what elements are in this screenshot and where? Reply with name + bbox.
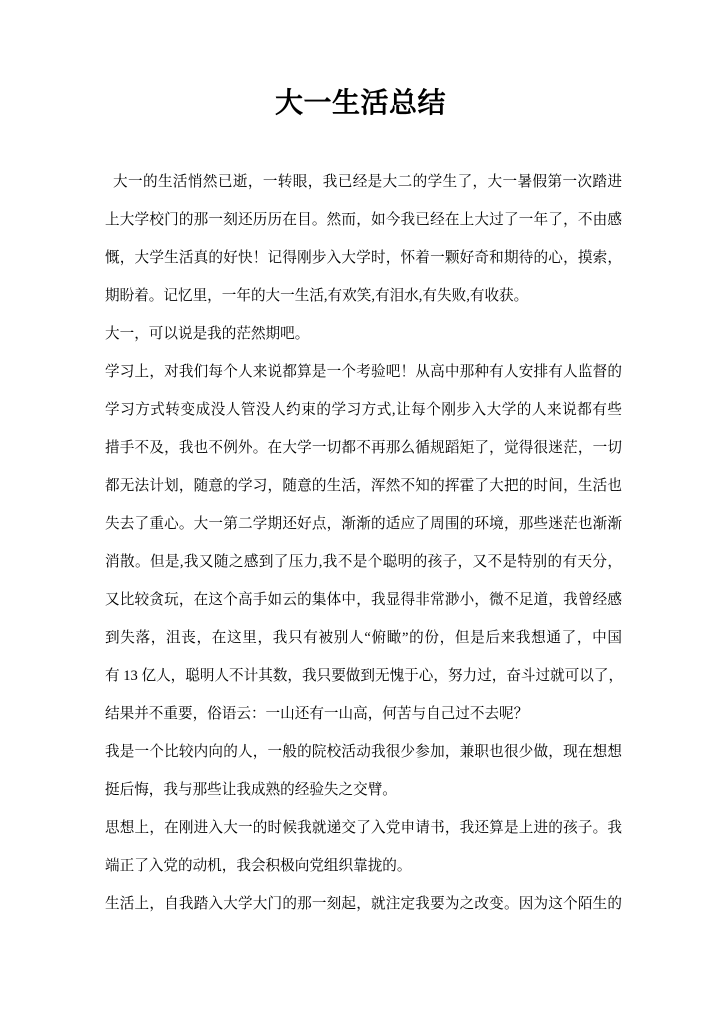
text-line: 结果并不重要，俗语云：一山还有一山高，何苦与自己过不去呢？ bbox=[105, 695, 622, 733]
text-line: 期盼着。记忆里，一年的大一生活,有欢笑,有泪水,有失败,有收获。 bbox=[105, 277, 622, 315]
text-line: 大一，可以说是我的茫然期吧。 bbox=[105, 315, 622, 353]
document-page: 大一生活总结 大一的生活悄然已逝，一转眼，我已经是大二的学生了，大一暑假第一次踏… bbox=[0, 0, 721, 1020]
text-line: 有 13 亿人，聪明人不计其数，我只要做到无愧于心，努力过，奋斗过就可以了， bbox=[105, 657, 622, 695]
text-line: 挺后悔，我与那些让我成熟的经验失之交臂。 bbox=[105, 771, 622, 809]
text-line: 都无法计划，随意的学习，随意的生活，浑然不知的挥霍了大把的时间，生活也 bbox=[105, 467, 622, 505]
text-line: 上大学校门的那一刻还历历在目。然而，如今我已经在上大过了一年了，不由感 bbox=[105, 201, 622, 239]
text-line: 到失落，沮丧，在这里，我只有被别人“俯瞰”的份，但是后来我想通了，中国 bbox=[105, 619, 622, 657]
text-line: 大一的生活悄然已逝，一转眼，我已经是大二的学生了，大一暑假第一次踏进 bbox=[105, 163, 622, 201]
text-line: 消散。但是,我又随之感到了压力,我不是个聪明的孩子，又不是特别的有天分， bbox=[105, 543, 622, 581]
text-line: 生活上，自我踏入大学大门的那一刻起，就注定我要为之改变。因为这个陌生的 bbox=[105, 885, 622, 923]
document-title: 大一生活总结 bbox=[0, 88, 721, 120]
text-line: 端正了入党的动机，我会积极向党组织靠拢的。 bbox=[105, 847, 622, 885]
text-line: 措手不及，我也不例外。在大学一切都不再那么循规蹈矩了，觉得很迷茫，一切 bbox=[105, 429, 622, 467]
text-line: 思想上，在刚进入大一的时候我就递交了入党申请书，我还算是上进的孩子。我 bbox=[105, 809, 622, 847]
text-line: 失去了重心。大一第二学期还好点，渐渐的适应了周围的环境，那些迷茫也渐渐 bbox=[105, 505, 622, 543]
text-line: 学习方式转变成没人管没人约束的学习方式,让每个刚步入大学的人来说都有些 bbox=[105, 391, 622, 429]
document-body: 大一的生活悄然已逝，一转眼，我已经是大二的学生了，大一暑假第一次踏进上大学校门的… bbox=[105, 163, 622, 923]
text-line: 又比较贪玩，在这个高手如云的集体中，我显得非常渺小，微不足道，我曾经感 bbox=[105, 581, 622, 619]
text-line: 慨，大学生活真的好快！记得刚步入大学时，怀着一颗好奇和期待的心，摸索， bbox=[105, 239, 622, 277]
text-line: 学习上，对我们每个人来说都算是一个考验吧！从高中那种有人安排有人监督的 bbox=[105, 353, 622, 391]
text-line: 我是一个比较内向的人，一般的院校活动我很少参加，兼职也很少做，现在想想 bbox=[105, 733, 622, 771]
